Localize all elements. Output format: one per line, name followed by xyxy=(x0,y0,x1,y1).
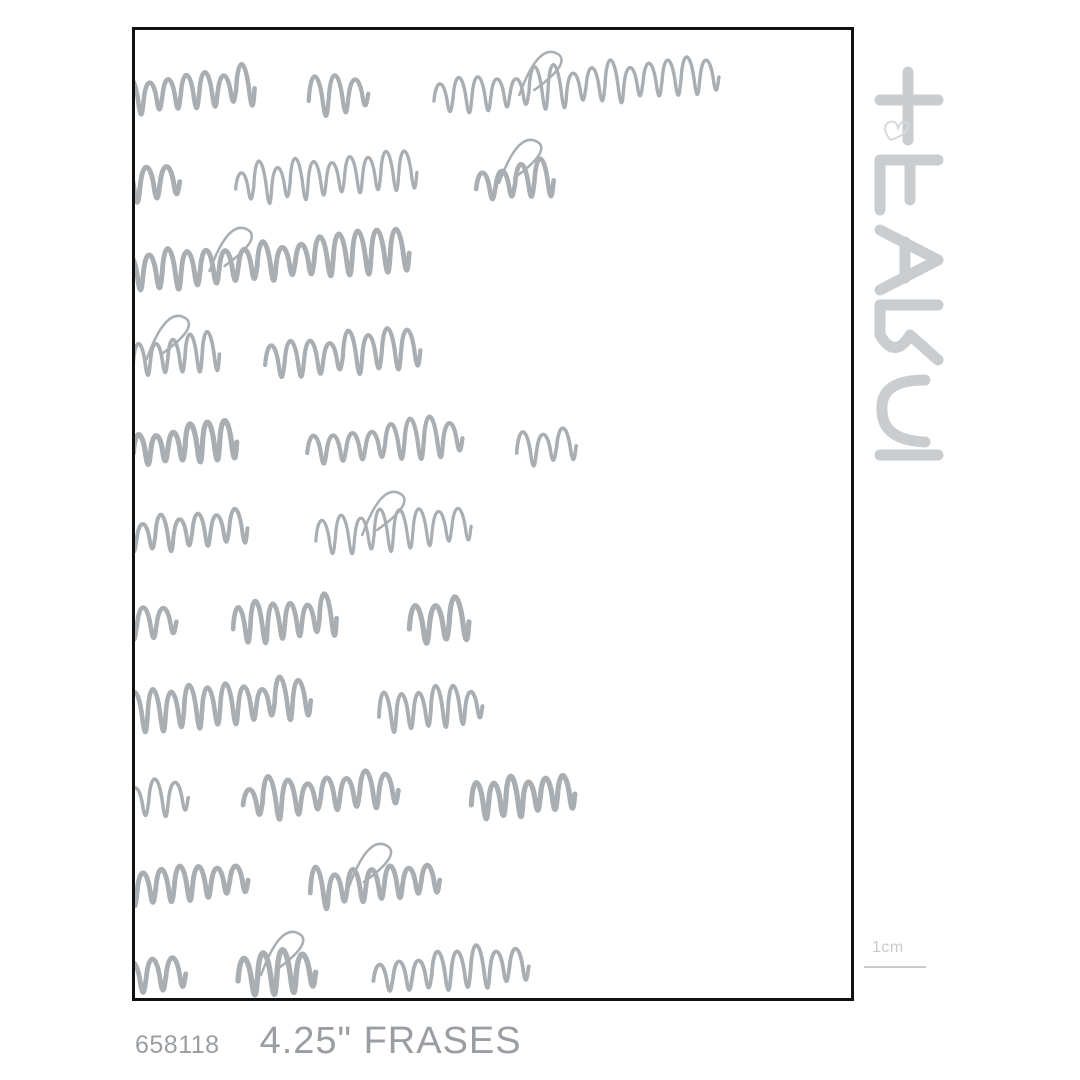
scale-label: 1cm xyxy=(872,939,904,957)
brand-logo xyxy=(860,60,950,480)
scale-indicator: 1cm xyxy=(862,935,932,975)
handwriting-pattern xyxy=(135,30,851,998)
scale-bar xyxy=(864,966,926,968)
product-title: 4.25" FRASES xyxy=(260,1020,522,1063)
product-code: 658118 xyxy=(135,1031,220,1060)
brand-logo-isi xyxy=(860,470,950,570)
product-caption: 658118 4.25" FRASES xyxy=(135,1020,522,1066)
stencil-frame xyxy=(132,27,854,1001)
